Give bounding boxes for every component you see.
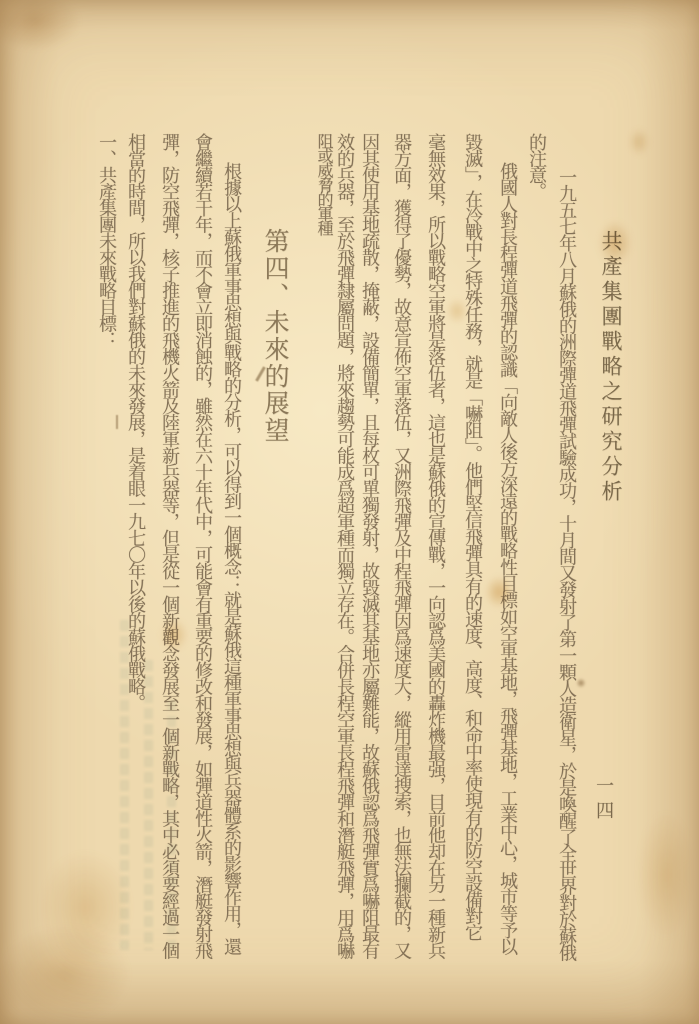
- stain: [636, 810, 696, 940]
- document-title: 共產集團戰略之研究分析: [596, 230, 626, 505]
- text-column: 的注意。: [524, 133, 550, 199]
- pen-mark: [116, 415, 118, 429]
- text-column: 根據以上蘇俄軍事思想與戰略的分析，可以得到一個概念：就是蘇俄這種軍事思想與兵器體…: [219, 133, 245, 954]
- stain: [628, 128, 650, 156]
- text-column: 一、共產集團未來戰略目標：: [94, 133, 120, 348]
- text-column: 阻或威脅的軍種: [312, 133, 335, 235]
- stain: [0, 925, 130, 1024]
- page-number: 一四: [591, 776, 617, 826]
- text-column: 一九五七年八月蘇俄的洲際彈道飛彈試驗成功，十月間又發射了第一顆人造衛星，於是喚醒…: [554, 133, 580, 960]
- text-column: 相當的時間，所以我們對蘇俄的未來發展，是着眼一九七〇年以後的蘇俄戰略。: [123, 133, 149, 711]
- text-column: 毫無效果，所以戰略空軍將是落伍者，這也是蘇俄的宣傳戰，一向認爲美國的轟炸機最强，…: [423, 133, 449, 958]
- text-column: 俄國人對長程彈道飛彈的認識「向敵人後方深遠的戰略性目標如空軍基地，飛彈基地，工業…: [495, 133, 521, 954]
- text-column: 器方面，獲得了優勢，故意宣佈空軍落伍，又洲際飛彈及中程飛彈因爲速度大，縱用雷達搜…: [389, 133, 415, 958]
- scanned-page: 共產集團戰略之研究分析 一九五七年八月蘇俄的洲際彈道飛彈試驗成功，十月間又發射了…: [0, 0, 699, 1024]
- text-column: 彈，防空飛彈，核子推進的飛機火箭及陸軍新兵器等，但是從一個新觀念發展至一個新戰略…: [157, 133, 183, 958]
- text-column: 效的兵器，至於飛彈隸屬問題，將來趨勢可能成爲超軍種而獨立存在。合併長程空軍長程飛…: [332, 133, 358, 958]
- text-column: 毀滅」，在冷戰中之特殊任務，就是「嚇阻」。他們堅信飛彈具有的速度、高度、和命中率…: [460, 133, 486, 940]
- text-column: 因其使用基地疏散，掩蔽，設備簡單，且每枚可單獨發射，故毀滅其基地亦屬難能，故蘇俄…: [357, 133, 383, 958]
- stain: [38, 850, 133, 965]
- stain: [0, 0, 80, 50]
- section-heading: 第四、未來的展望: [256, 228, 292, 444]
- text-column: 會繼續若干年，而不會立即消蝕的，雖然在六十年代中，可能會有重要的修改和發展，如彈…: [190, 133, 216, 958]
